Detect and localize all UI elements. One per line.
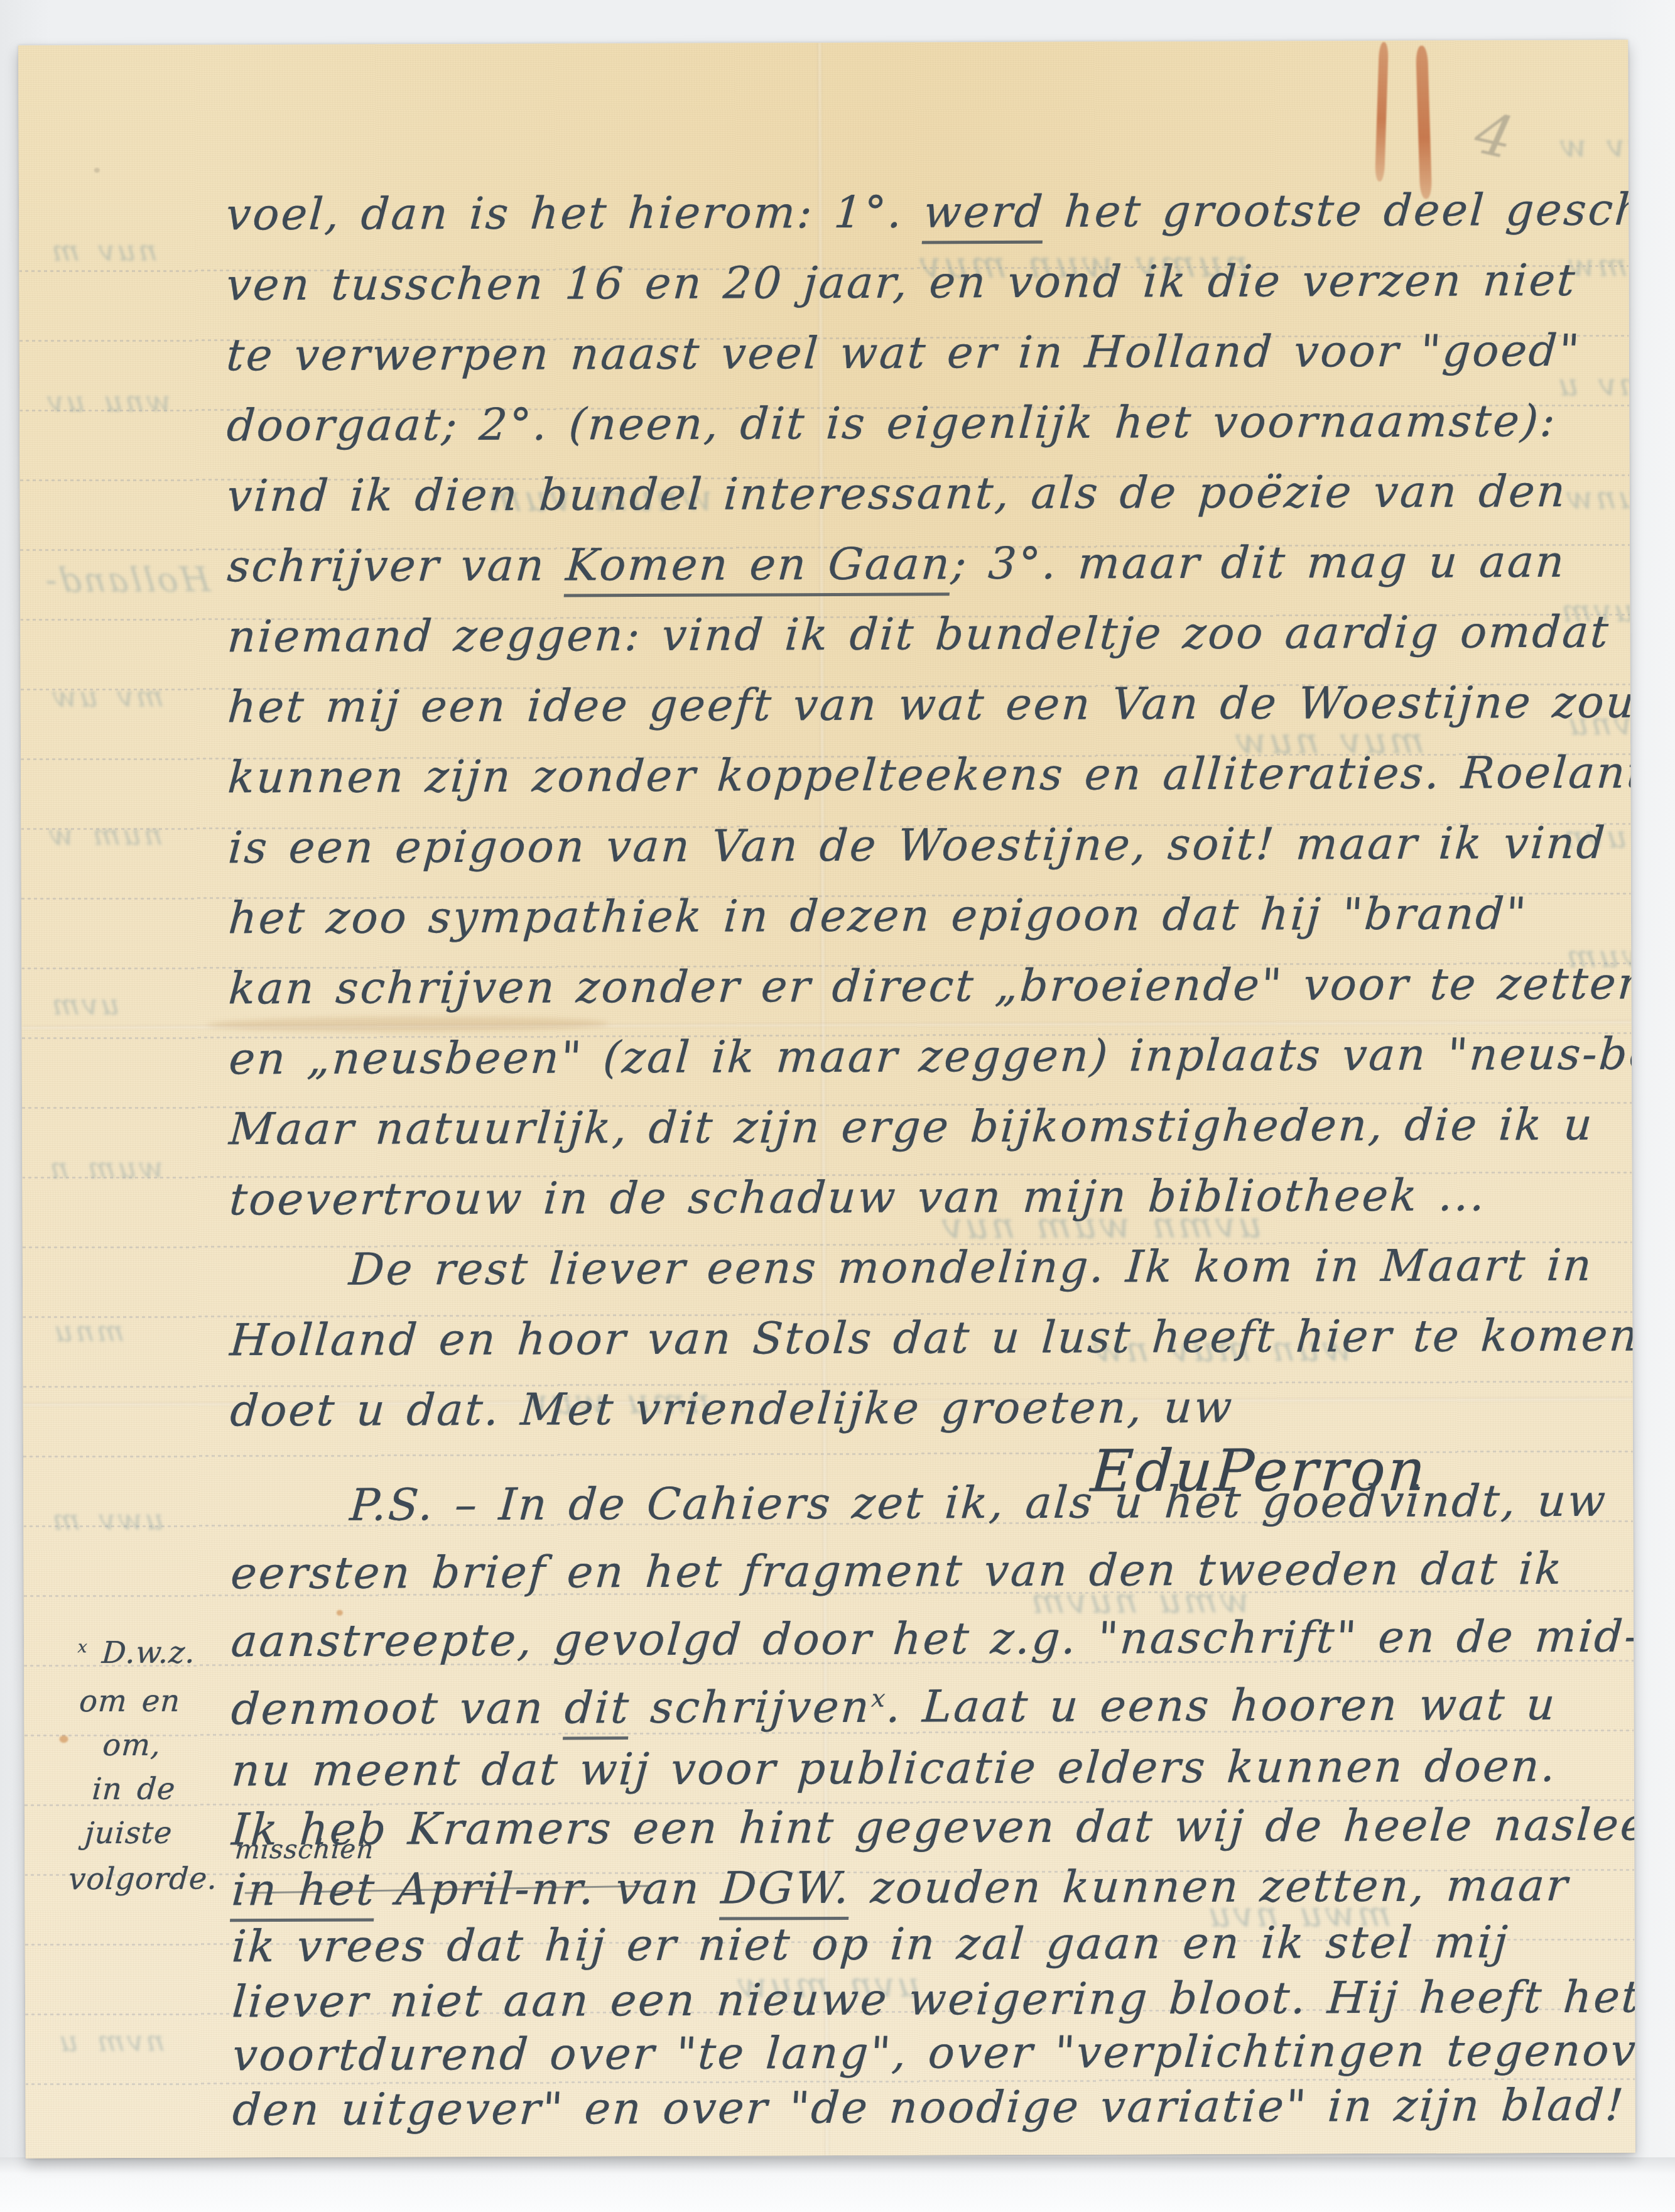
ghost-fragment: wnu uv: [43, 384, 173, 419]
ps-line: P.S. – In de Cahiers zet ik, als u het g…: [349, 1479, 1608, 1527]
ps-line: liever niet aan een nieuwe weigering blo…: [231, 1975, 1635, 2024]
text-segment: DGW.: [719, 1862, 852, 1921]
ghost-fragment: nuv m: [47, 234, 158, 268]
ps-line: voortdurend over "te lang", over "verpli…: [231, 2028, 1635, 2077]
text-segment: eersten brief en het fragment van den tw…: [229, 1543, 1565, 1599]
text-segment: juiste: [84, 1816, 173, 1851]
text-segment: zouden kunnen zetten, maar: [849, 1860, 1571, 1914]
ps-line: denmoot van dit schrijvenx. Laat u eens …: [230, 1682, 1558, 1731]
text-segment: schrijven: [629, 1681, 873, 1733]
text-segment: nu meent dat wij voor publicatie elders …: [230, 1740, 1559, 1796]
letter-line: het mij een idee geeft van wat een Van d…: [226, 680, 1635, 729]
text-segment: in de: [91, 1772, 176, 1807]
text-segment: ven tusschen 16 en 20 jaar, en vond ik d…: [225, 254, 1578, 311]
text-segment: den uitgever" en over "de noodige variat…: [231, 2079, 1627, 2136]
text-segment: toevertrouw in de schaduw van mijn bibli…: [228, 1169, 1488, 1225]
scan-background: nuv mwnu uvHolland-mv uwnum wuvmwum nmnu…: [0, 0, 1675, 2212]
ink-spot: [60, 1735, 68, 1743]
letter-line: het zoo sympathiek in dezen epigoon dat …: [227, 891, 1529, 940]
text-segment: schrijver van: [225, 539, 568, 592]
text-segment: vind ik dien bundel interessant, als de …: [225, 466, 1569, 521]
ghost-fragment: uwv m: [48, 1503, 165, 1537]
scanner-bottom-strip: [0, 2157, 1675, 2212]
text-segment: aanstreepte, gevolgd door het z.g. "nasc…: [229, 1610, 1635, 1667]
ps-line: eersten brief en het fragment van den tw…: [229, 1547, 1564, 1595]
text-segment: niemand zeggen: vind ik dit bundeltje zo…: [226, 606, 1612, 663]
text-segment: het mij een idee geeft van wat een Van d…: [226, 676, 1635, 733]
text-segment: voel, dan is het hierom: 1°.: [224, 186, 926, 240]
text-segment: . Laat u eens hooren wat u: [885, 1679, 1558, 1733]
text-segment: werd: [922, 186, 1046, 244]
text-segment: denmoot van: [230, 1682, 566, 1735]
text-segment: liever niet aan een nieuwe weigering blo…: [230, 1971, 1635, 2027]
letter-line: niemand zeggen: vind ik dit bundeltje zo…: [226, 610, 1612, 659]
ghost-fragment: num w: [45, 818, 165, 853]
letter-line: schrijver van Komen en Gaan; 3°. maar di…: [226, 540, 1568, 588]
ghost-fragment: mnu: [50, 1314, 126, 1348]
letter-line: vind ik dien bundel interessant, als de …: [225, 469, 1568, 518]
text-segment: om,: [102, 1728, 162, 1763]
text-segment: het zoo sympathiek in dezen epigoon dat …: [227, 888, 1529, 944]
ps-line: in het April-nr. van DGW. zouden kunnen …: [230, 1863, 1571, 1912]
ghost-fragment: nvm u: [55, 2024, 166, 2059]
letter-line: is een epigoon van Van de Woestijne, soi…: [227, 821, 1608, 870]
ps-line: den uitgever" en over "de noodige variat…: [231, 2083, 1626, 2132]
letter-line: doet u dat. Met vriendelijke groeten, uw: [229, 1385, 1235, 1433]
text-segment: ik vrees dat hij er niet op in zal gaan …: [230, 1916, 1510, 1972]
text-segment: doorgaat; 2°. (neen, dit is eigenlijk he…: [225, 395, 1559, 451]
letter-line: Maar natuurlijk, dit zijn erge bijkomsti…: [228, 1103, 1595, 1152]
letter-line: ven tusschen 16 en 20 jaar, en vond ik d…: [225, 258, 1578, 307]
ps-line: nu meent dat wij voor publicatie elders …: [230, 1744, 1558, 1792]
text-segment: De rest liever eens mondeling. Ik kom in…: [347, 1239, 1595, 1295]
ps-line: aanstreepte, gevolgd door het z.g. "nasc…: [230, 1614, 1635, 1663]
margin-note-line: om en: [79, 1686, 182, 1717]
text-segment: te verwerpen naast veel wat er in Hollan…: [225, 325, 1583, 381]
text-segment: is een epigoon van Van de Woestijne, soi…: [227, 817, 1608, 874]
letter-line: doorgaat; 2°. (neen, dit is eigenlijk he…: [225, 399, 1558, 447]
pencil-mark: 4: [1469, 99, 1520, 172]
margin-note-line: in de: [91, 1774, 176, 1804]
margin-note-line: volgorde.: [68, 1863, 219, 1894]
margin-note-line: juiste: [84, 1818, 173, 1848]
letter-line: te verwerpen naast veel wat er in Hollan…: [225, 329, 1583, 378]
text-segment: het grootste deel geschre-: [1043, 183, 1635, 237]
text-segment: in het: [230, 1864, 377, 1922]
crayon-mark-1: [1375, 42, 1389, 182]
text-segment: P.S. – In de Cahiers zet ik, als u het g…: [349, 1475, 1609, 1531]
ghost-fragment: mv uw: [48, 680, 165, 714]
smudge-spot: [94, 168, 100, 173]
ghost-fragment: wum n: [45, 1151, 165, 1185]
ghost-fragment: munw: [1562, 479, 1635, 516]
letter-line: toevertrouw in de schaduw van mijn bibli…: [228, 1173, 1488, 1221]
text-segment: Ik heb Kramers een hint gegeven dat wij …: [230, 1799, 1635, 1855]
letter-line: De rest liever eens mondeling. Ik kom in…: [348, 1243, 1595, 1292]
ps-line: Ik heb Kramers een hint gegeven dat wij …: [230, 1802, 1635, 1851]
ghost-fragment: Holland-: [41, 560, 212, 600]
text-segment: doet u dat. Met vriendelijke groeten, uw: [229, 1381, 1235, 1437]
letter-line: en „neusbeen" (zal ik maar zeggen) inpla…: [227, 1032, 1635, 1081]
text-segment: kunnen zijn zonder koppelteekens en alli…: [226, 746, 1635, 803]
text-segment: dit: [563, 1682, 632, 1740]
text-segment: ; 3°. maar dit mag u aan: [950, 536, 1568, 589]
text-segment: April-nr. van: [374, 1863, 723, 1915]
text-segment: D.w.z.: [86, 1635, 197, 1671]
text-segment: Maar natuurlijk, dit zijn erge bijkomsti…: [227, 1099, 1595, 1155]
margin-note-line: x D.w.z.: [76, 1638, 197, 1669]
text-segment: kan schrijven zonder er direct „broeiend…: [227, 957, 1635, 1014]
letter-paper: nuv mwnu uvHolland-mv uwnum wuvmwum nmnu…: [18, 40, 1635, 2159]
margin-note-line: om,: [102, 1730, 162, 1760]
letter-line: voel, dan is het hierom: 1°. werd het gr…: [225, 187, 1635, 236]
letter-line: kan schrijven zonder er direct „broeiend…: [227, 961, 1635, 1010]
text-segment: om en: [78, 1684, 182, 1719]
crayon-mark-2: [1416, 45, 1432, 199]
text-segment: en „neusbeen" (zal ik maar zeggen) inpla…: [227, 1028, 1635, 1084]
text-segment: volgorde.: [67, 1861, 219, 1897]
letter-line: Holland en hoor van Stols dat u lust hee…: [229, 1313, 1635, 1362]
text-segment: voortdurend over "te lang", over "verpli…: [231, 2024, 1635, 2081]
ghost-fragment: mnuv w: [1556, 128, 1635, 165]
text-segment: x: [870, 1684, 888, 1713]
text-segment: Holland en hoor van Stols dat u lust hee…: [229, 1309, 1635, 1366]
letter-line: kunnen zijn zonder koppelteekens en alli…: [227, 750, 1635, 799]
ps-line: ik vrees dat hij er niet op in zal gaan …: [230, 1920, 1510, 1968]
text-segment: Komen en Gaan: [564, 538, 953, 597]
ghost-fragment: uvm: [48, 988, 121, 1022]
